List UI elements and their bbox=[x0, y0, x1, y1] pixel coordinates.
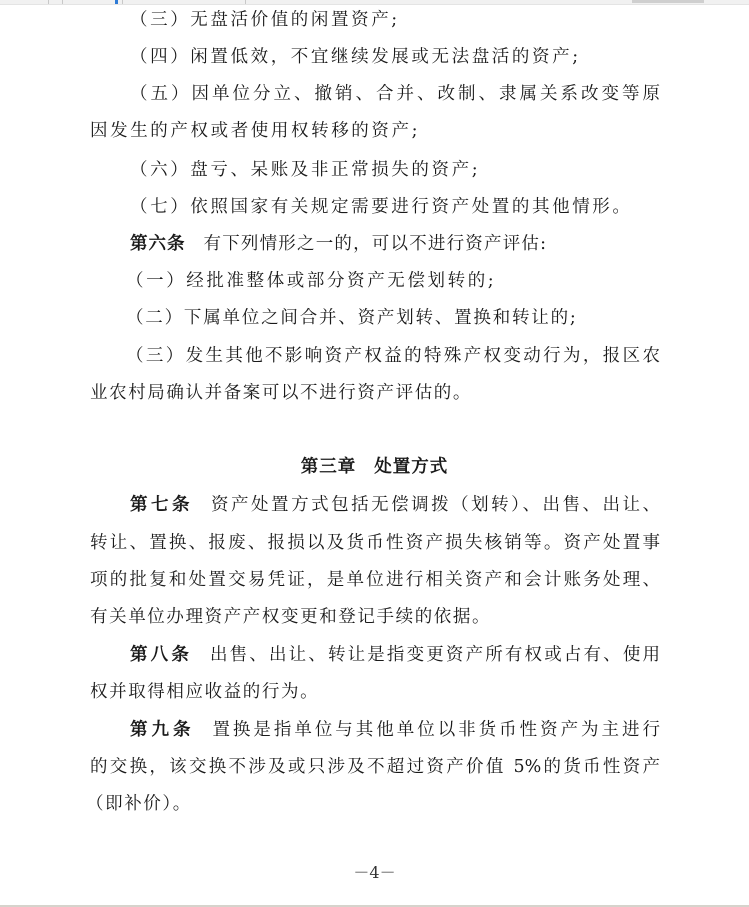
article-6-item-2: （二）下属单位之间合并、资产划转、置换和转让的; bbox=[126, 307, 656, 329]
article-9: 第九条置换是指单位与其他单位以非货币性资产为主进行 bbox=[130, 719, 660, 741]
list-item-three: （三）无盘活价值的闲置资产; bbox=[130, 9, 660, 31]
article-8-label: 第八条 bbox=[130, 645, 192, 665]
article-6-text: 有下列情形之一的，可以不进行资产评估: bbox=[204, 234, 548, 254]
article-8-first-line: 出售、出让、转让是指变更资产所有权或占有、使用 bbox=[210, 645, 660, 665]
article-6: 第六条有下列情形之一的，可以不进行资产评估: bbox=[130, 233, 660, 255]
article-9-line-2: 的交换，该交换不涉及或只涉及不超过资产价值 5%的货币性资产 bbox=[90, 756, 660, 778]
list-item-six: （六）盘亏、呆账及非正常损失的资产; bbox=[130, 159, 660, 181]
list-item-five: （五）因单位分立、撤销、合并、改制、隶属关系改变等原 bbox=[130, 83, 660, 105]
list-item-four: （四）闲置低效，不宜继续发展或无法盘活的资产; bbox=[130, 46, 660, 68]
article-6-item-1: （一）经批准整体或部分资产无偿划转的; bbox=[126, 270, 656, 292]
article-9-label: 第九条 bbox=[130, 720, 194, 740]
chapter-number: 第三章 bbox=[301, 457, 357, 477]
article-7-line-2: 转让、置换、报废、报损以及货币性资产损失核销等。资产处置事 bbox=[90, 532, 660, 554]
article-9-line-3: （即补价）。 bbox=[86, 793, 656, 815]
article-7: 第七条资产处置方式包括无偿调拨（划转）、出售、出让、 bbox=[130, 494, 660, 516]
article-7-line-4: 有关单位办理资产产权变更和登记手续的依据。 bbox=[90, 606, 660, 628]
article-6-label: 第六条 bbox=[130, 234, 186, 254]
chapter-title: 处置方式 bbox=[374, 457, 448, 477]
list-item-five-continued: 因发生的产权或者使用权转移的资产; bbox=[90, 120, 660, 142]
article-7-line-3: 项的批复和处置交易凭证，是单位进行相关资产和会计账务处理、 bbox=[90, 569, 660, 591]
article-8-line-2: 权并取得相应收益的行为。 bbox=[90, 681, 660, 703]
article-9-first-line: 置换是指单位与其他单位以非货币性资产为主进行 bbox=[212, 720, 660, 740]
page-number: －4－ bbox=[0, 863, 749, 883]
article-8: 第八条出售、出让、转让是指变更资产所有权或占有、使用 bbox=[130, 644, 660, 666]
document-page: （三）无盘活价值的闲置资产; （四）闲置低效，不宜继续发展或无法盘活的资产; （… bbox=[0, 0, 749, 905]
article-6-item-3: （三）发生其他不影响资产权益的特殊产权变动行为，报区农 bbox=[126, 345, 660, 367]
chapter-heading: 第三章处置方式 bbox=[0, 456, 749, 478]
list-item-seven: （七）依照国家有关规定需要进行资产处置的其他情形。 bbox=[130, 196, 660, 218]
article-7-label: 第七条 bbox=[130, 495, 193, 515]
article-6-continuation: 业农村局确认并备案可以不进行资产评估的。 bbox=[90, 382, 660, 404]
article-7-first-line: 资产处置方式包括无偿调拨（划转）、出售、出让、 bbox=[211, 495, 660, 515]
